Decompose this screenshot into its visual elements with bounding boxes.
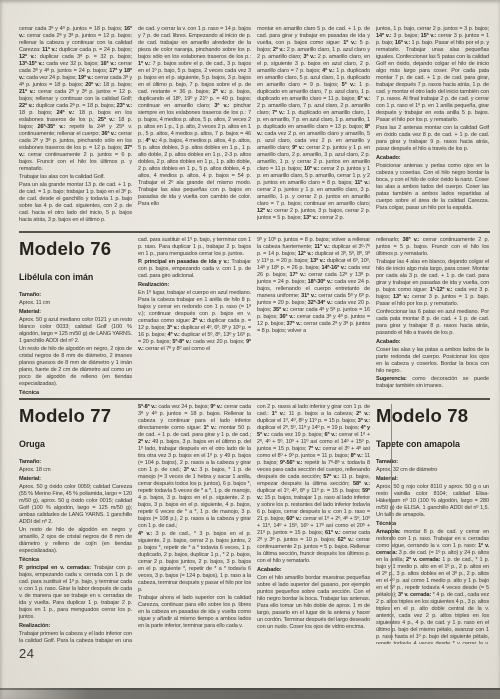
modelo-76-column-4: rellenarlo; 38ª v.: cerrar continuamente… bbox=[376, 237, 489, 396]
modelo-76-heading: Modelo 76 bbox=[19, 239, 132, 259]
paragraph: Trabajar primero la cabeza y el lado inf… bbox=[19, 631, 132, 644]
modelo-78-column: Modelo 78 Tapete con amapola Tamaño:Apro… bbox=[376, 404, 489, 644]
modelo-77-intro-column: Modelo 77 Oruga Tamaño:Aprox. 18 cmMater… bbox=[19, 404, 132, 644]
subheading: Técnica bbox=[376, 521, 489, 528]
subheading: Tamaño: bbox=[19, 459, 132, 466]
top-column-3: montar en amarillo claro 5 p. de cad. + … bbox=[257, 26, 370, 229]
modelo-76-intro-text: Tamaño:Aprox. 11 cmMaterial:Aprox. 50 g … bbox=[19, 292, 132, 396]
paragraph: Trabajar las alas con la calidad Golf. bbox=[19, 174, 132, 181]
modelo-76-section: Modelo 76 Libélula con imán Tamaño:Aprox… bbox=[19, 237, 490, 396]
modelo-76-column-3: 9º y 10º p. juntos = 8 p. bajos; volver … bbox=[257, 237, 370, 396]
subheading: Acabado: bbox=[376, 155, 489, 162]
column-divider bbox=[391, 404, 392, 640]
modelo-77-column-3: con 2 p. rasos al lado inferior y girar … bbox=[257, 404, 370, 644]
subheading: Material: bbox=[376, 476, 489, 483]
paragraph: juntos, 1 p. bajo, cerrar 2 p. juntos = … bbox=[376, 26, 489, 124]
paragraph: Un resto de hilo de algodón en negro, 2 … bbox=[19, 346, 132, 388]
subheading: Material: bbox=[19, 476, 132, 483]
subheading: Material: bbox=[19, 309, 132, 316]
top-column-1: cerrar cada 3ª y 4ª p. juntos = 18 p. ba… bbox=[19, 26, 132, 229]
page-bottom-shadow bbox=[0, 688, 500, 699]
paragraph: 5ª-8ª v.: cada vez 24 p. bajos; 9ª v.: c… bbox=[138, 404, 251, 530]
modelo-77-78-section: Modelo 77 Oruga Tamaño:Aprox. 18 cmMater… bbox=[19, 404, 490, 644]
modelo-77-column-2: 5ª-8ª v.: cada vez 24 p. bajos; 9ª v.: c… bbox=[138, 404, 251, 644]
paragraph: 9º y 10º p. juntos = 8 p. bajos; volver … bbox=[257, 237, 370, 335]
modelo-76-subtitle: Libélula con imán bbox=[19, 272, 132, 282]
modelo-78-text: Tamaño:Aprox. 32 cm de diámetroMaterial:… bbox=[376, 459, 489, 644]
paragraph: Posicionar antenas y perlas como ojos en… bbox=[376, 163, 489, 212]
top-section: cerrar cada 3ª y 4ª p. juntos = 18 p. ba… bbox=[19, 26, 490, 229]
paragraph: cad. para sustituir el 1º p. bajo, y ter… bbox=[138, 237, 251, 258]
modelo-77-intro-text: Tamaño:Aprox. 18 cmMaterial:Aprox. 50 g … bbox=[19, 459, 132, 644]
section-divider-top bbox=[19, 231, 490, 233]
modelo-78-subtitle: Tapete con amapola bbox=[376, 439, 489, 449]
modelo-76-column-2: cad. para sustituir el 1º p. bajo, y ter… bbox=[138, 237, 251, 396]
page-number: 24 bbox=[19, 646, 34, 661]
paragraph: Trabajar ahora el lado superior con la c… bbox=[138, 595, 251, 630]
paragraph: Aprox. 18 cm bbox=[19, 467, 132, 474]
paragraph: cerrar cada 3ª y 4ª p. juntos = 18 p. ba… bbox=[19, 26, 132, 173]
paragraph: P. principal en v. cerradas: Trabajar co… bbox=[19, 565, 132, 621]
paragraph: de cad. y cerrar la v. con 1 p. raso = 1… bbox=[138, 26, 251, 208]
paragraph: Aprox. 50 g rojo color 8110 y aprox. 50 … bbox=[376, 484, 489, 519]
magazine-page: cerrar cada 3ª y 4ª p. juntos = 18 p. ba… bbox=[0, 0, 500, 699]
paragraph: Con el hilo amarillo bordar muestras peq… bbox=[257, 575, 370, 631]
paragraph: Trabajar las 4 alas en blanco, dejando c… bbox=[376, 259, 489, 308]
paragraph: En 1º lugar, trabajar el cuerpo en azul … bbox=[138, 290, 251, 353]
subheading: Realización: bbox=[19, 623, 132, 630]
modelo-77-subtitle: Oruga bbox=[19, 439, 132, 449]
paragraph: Aprox. 50 g azul mediano color 0121 y un… bbox=[19, 317, 132, 345]
paragraph: Para las 2 antenas montar con la calidad… bbox=[376, 125, 489, 153]
paragraph: montar en amarillo claro 5 p. de cad. + … bbox=[257, 26, 370, 222]
paragraph: Aprox. 11 cm bbox=[19, 300, 132, 307]
subheading: Técnica bbox=[19, 390, 132, 396]
paragraph: Confeccionar las 6 patas en azul mediano… bbox=[376, 309, 489, 337]
subheading: Acabado: bbox=[376, 339, 489, 346]
subheading: Acabado: bbox=[257, 567, 370, 574]
paragraph: rellenarlo; 38ª v.: cerrar continuamente… bbox=[376, 237, 489, 258]
paragraph: Coser las alas y las patas a ambos lados… bbox=[376, 347, 489, 375]
top-column-2: de cad. y cerrar la v. con 1 p. raso = 1… bbox=[138, 26, 251, 229]
paragraph: Aprox. 32 cm de diámetro bbox=[376, 467, 489, 474]
subheading: Tamaño: bbox=[376, 459, 489, 466]
modelo-77-heading: Modelo 77 bbox=[19, 406, 132, 426]
paragraph: Amapola: montar 8 p. de cad. y cerrar en… bbox=[376, 529, 489, 644]
paragraph: Aprox. 50 g óxido color 0059; calidad Ca… bbox=[19, 484, 132, 526]
paragraph: Para un ala grande montar 13 p. de cad. … bbox=[19, 182, 132, 224]
modelo-78-heading: Modelo 78 bbox=[376, 406, 489, 426]
subheading: Técnica bbox=[19, 557, 132, 564]
paragraph: P. principal en pasadas de ida y v.: Tra… bbox=[138, 259, 251, 280]
section-divider-bottom bbox=[19, 398, 490, 400]
subheading: Realización: bbox=[138, 282, 251, 289]
subheading: Tamaño: bbox=[19, 292, 132, 299]
modelo-76-intro-column: Modelo 76 Libélula con imán Tamaño:Aprox… bbox=[19, 237, 132, 396]
top-column-4: juntos, 1 p. bajo, cerrar 2 p. juntos = … bbox=[376, 26, 489, 229]
paragraph: Un resto de hilo de algodón en negro y a… bbox=[19, 527, 132, 555]
paragraph: con 2 p. rasos al lado inferior y girar … bbox=[257, 404, 370, 565]
paragraph: Sugerencia: como decoración se puede tra… bbox=[376, 376, 489, 390]
paragraph: 4ª v.: 3 p. de cad., * 3 p. bajos en el … bbox=[138, 531, 251, 594]
